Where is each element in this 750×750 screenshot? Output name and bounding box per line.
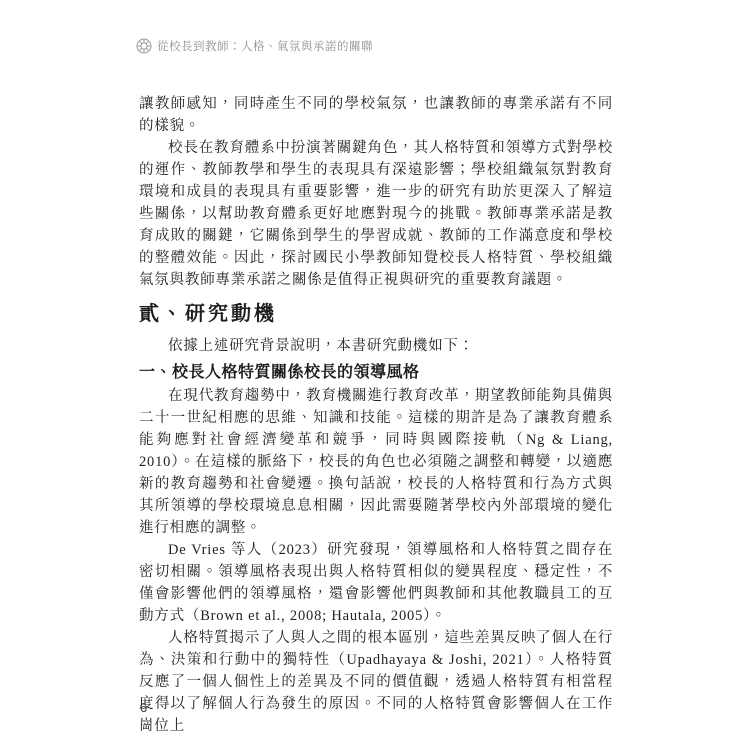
paragraph-motivation-intro: 依據上述研究背景說明，本書研究動機如下：: [139, 335, 613, 357]
text-column: 讓教師感知，同時產生不同的學校氣氛，也讓教師的專業承諾有不同的樣貌。 校長在教育…: [139, 93, 613, 737]
book-page: 從校長到教師：人格、氣氛與承諾的關聯 讓教師感知，同時產生不同的學校氣氛，也讓教…: [0, 0, 750, 750]
page-number: 6: [140, 700, 147, 715]
subsection-heading-personality-leadership: 一、校長人格特質關係校長的領導風格: [139, 362, 613, 384]
paragraph-devries: De Vries 等人（2023）研究發現，領導風格和人格特質之間存在密切相關。…: [139, 539, 613, 627]
running-title: 從校長到教師：人格、氣氛與承諾的關聯: [157, 38, 373, 54]
paragraph-continuation: 讓教師感知，同時產生不同的學校氣氛，也讓教師的專業承諾有不同的樣貌。: [139, 93, 613, 137]
paragraph-principal-role: 校長在教育體系中扮演著關鍵角色，其人格特質和領導方式對學校的運作、教師教學和學生…: [139, 137, 613, 291]
paragraph-personality-traits: 人格特質揭示了人與人之間的根本區別，這些差異反映了個人在行為、決策和行動中的獨特…: [139, 627, 613, 737]
seal-flower-icon: [136, 38, 152, 54]
section-heading-research-motivation: 貳、研究動機: [139, 302, 613, 326]
running-header: 從校長到教師：人格、氣氛與承諾的關聯: [136, 38, 373, 54]
paragraph-modern-education: 在現代教育趨勢中，教育機關進行教育改革，期望教師能夠具備與二十一世紀相應的思維、…: [139, 385, 613, 539]
